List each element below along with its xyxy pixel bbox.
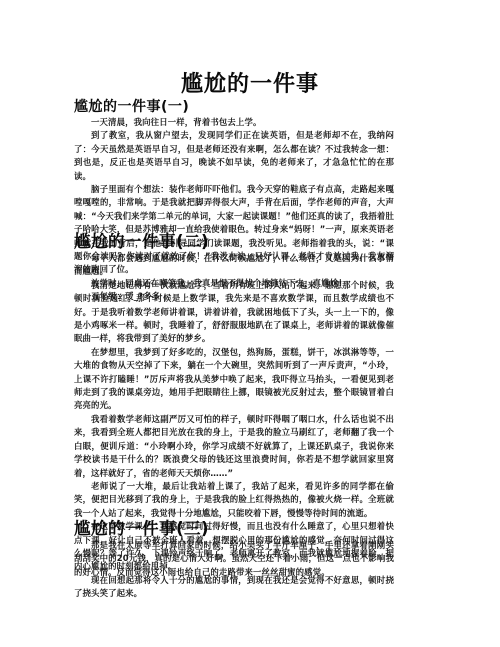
paragraph: 那是我在太原等车打算回家的时候，给小吴买了半斤车厘子，手里还拿着刚刚买刮刮奖中的… xyxy=(74,539,394,579)
section-heading: 尴尬的一件事(三) xyxy=(74,519,394,539)
paragraph: 在梦想里，我梦到了好多吃的，汉堡包，热狗肠，蛋糕，饼干，冰淇淋等等，一大堆的食物… xyxy=(74,346,394,413)
paragraph: 每个人都会遇到尴尬的时候，在什么时候尴尬了，什么场合，又是因为什么事情而尴尬。 xyxy=(74,252,394,279)
paragraph: 老师说了一大堆，最后让我站着上课了，我站了起来，看见许多的同学都在偷笑，便把目光… xyxy=(74,480,394,520)
section-heading: 尴尬的一件事(一) xyxy=(74,99,394,116)
section-heading: 尴尬的一件事(二) xyxy=(74,232,394,252)
paragraph: 到了教室，我从窗户望去，发现同学们正在读英语，但是老师却不在，我纳闷了：今天虽然… xyxy=(74,129,394,183)
paragraph: 一天清晨，我向往日一样，背着书包去上学。 xyxy=(74,116,394,129)
document-title: 尴尬的一件事 xyxy=(0,72,500,98)
section-3: 尴尬的一件事(三) 那是我在太原等车打算回家的时候，给小吴买了半斤车厘子，手里还… xyxy=(74,519,394,579)
paragraph: 我清楚地记得有一次就尴尬了，当着所有班上的人站了起来。想想那个时候，我顿时满脸通… xyxy=(74,279,394,346)
document-page: 尴尬的一件事 尴尬的一件事(一) 一天清晨，我向往日一样，背着书包去上学。 到了… xyxy=(0,0,500,647)
paragraph: 我看着数学老师这副严厉又可怕的样子，顿时吓得咽了咽口水，什么话也说不出来，我看到… xyxy=(74,413,394,480)
